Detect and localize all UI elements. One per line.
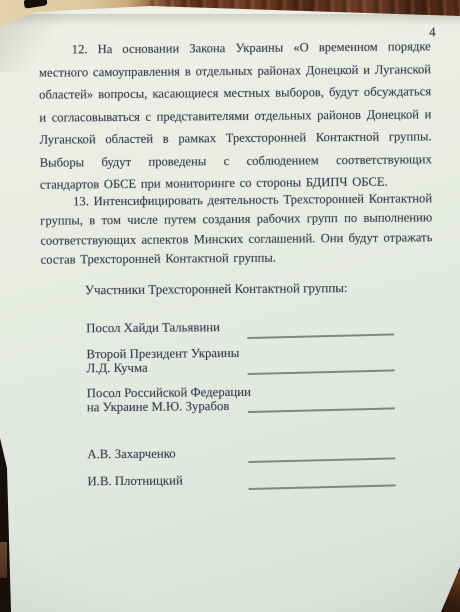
signatory-name: Посол Хайди Тальявини bbox=[86, 320, 261, 336]
signatory-row-kuchma: Второй Президент Украины Л.Д. Кучма bbox=[0, 344, 460, 348]
signatory-name: на Украине М.Ю. Зурабов bbox=[87, 399, 262, 415]
signature-line bbox=[247, 333, 394, 338]
paragraph-13: 13. Интенсифицировать деятельность Трехс… bbox=[40, 189, 433, 270]
document-photo: 4 12. На основании Закона Украины «О вре… bbox=[0, 0, 460, 612]
page-content: 4 12. На основании Закона Украины «О вре… bbox=[0, 0, 460, 612]
signature-line bbox=[248, 369, 395, 374]
body-text: 12. На основании Закона Украины «О време… bbox=[39, 35, 433, 270]
signatory-row-taliavini: Посол Хайди Тальявини bbox=[0, 318, 460, 322]
signatory-name: А.В. Захарченко bbox=[87, 446, 262, 462]
participants-heading: Участники Трехсторонней Контактной групп… bbox=[85, 280, 348, 298]
signature-line bbox=[249, 484, 396, 489]
signatory-title: Второй Президент Украины bbox=[86, 346, 261, 362]
signatory-row-zurabov: Посол Российской Федерации на Украине М.… bbox=[1, 383, 460, 387]
signatory-row-zakharchenko: А.В. Захарченко bbox=[1, 444, 460, 448]
signature-line bbox=[248, 407, 395, 412]
paragraph-12: 12. На основании Закона Украины «О време… bbox=[39, 35, 432, 196]
signatory-title: Посол Российской Федерации bbox=[87, 385, 262, 401]
signatory-name: И.В. Плотницкий bbox=[87, 473, 262, 489]
signature-line bbox=[248, 457, 395, 462]
signatory-name: Л.Д. Кучма bbox=[86, 360, 261, 376]
signatory-row-plotnitsky: И.В. Плотницкий bbox=[1, 471, 460, 475]
